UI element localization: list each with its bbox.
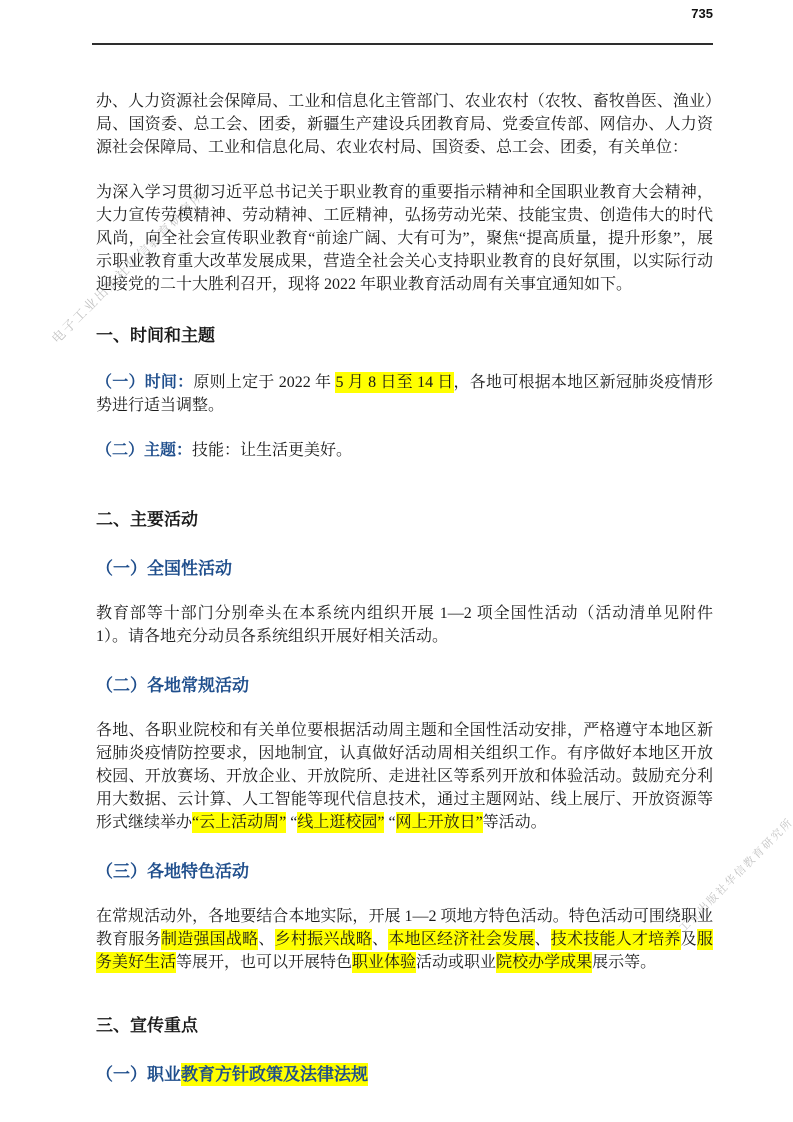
text-run: 三、宣传重点 <box>96 1016 198 1035</box>
highlighted-text: 乡村振兴战略 <box>275 929 372 950</box>
theme-paragraph: （二）主题：技能：让生活更美好。 <box>96 439 713 462</box>
highlighted-text: 5 月 8 日至 14 日 <box>335 372 453 393</box>
page-number: 735 <box>691 6 713 21</box>
subsection-2-2-heading: （二）各地常规活动 <box>96 674 713 697</box>
text-run: 一、时间和主题 <box>96 326 215 345</box>
section-1-heading: 一、时间和主题 <box>96 324 713 347</box>
text-run: 教育部等十部门分别牵头在本系统内组织开展 1—2 项全国性活动（活动清单见附件 … <box>96 605 713 645</box>
time-paragraph: （一）时间：原则上定于 2022 年 5 月 8 日至 14 日，各地可根据本地… <box>96 371 713 417</box>
highlighted-text: 院校办学成果 <box>496 952 592 973</box>
text-run: （三）各地特色活动 <box>96 862 249 881</box>
text-run: “ <box>384 814 395 831</box>
text-run: （二）各地常规活动 <box>96 676 249 695</box>
highlighted-text: 线上逛校园” <box>297 812 384 833</box>
highlighted-text: “云上活动周” <box>192 812 286 833</box>
text-run: 、 <box>372 931 388 948</box>
header-rule <box>92 43 713 45</box>
subsection-2-1-heading: （一）全国性活动 <box>96 557 713 580</box>
highlighted-text: 网上开放日” <box>396 812 483 833</box>
text-run: 、 <box>258 931 274 948</box>
subsection-3-1-heading: （一）职业教育方针政策及法律法规 <box>96 1063 713 1086</box>
highlighted-text: 职业体验 <box>352 952 416 973</box>
national-activities-paragraph: 教育部等十部门分别牵头在本系统内组织开展 1—2 项全国性活动（活动清单见附件 … <box>96 602 713 648</box>
section-3-heading: 三、宣传重点 <box>96 1014 713 1037</box>
text-run: （一）全国性活动 <box>96 559 232 578</box>
recipients-paragraph: 办、人力资源社会保障局、工业和信息化主管部门、农业农村（农牧、畜牧兽医、渔业）局… <box>96 90 713 159</box>
text-run: （一）职业 <box>96 1065 181 1084</box>
subsection-2-3-heading: （三）各地特色活动 <box>96 860 713 883</box>
text-run: “ <box>286 814 297 831</box>
inline-label: （二）主题： <box>96 442 192 459</box>
text-run: 二、主要活动 <box>96 510 198 529</box>
highlighted-text: 制造强国战略 <box>161 929 258 950</box>
highlighted-text: 教育方针政策及法律法规 <box>181 1063 368 1086</box>
text-run: 为深入学习贯彻习近平总书记关于职业教育的重要指示精神和全国职业教育大会精神，大力… <box>96 184 713 293</box>
text-run: 展示等。 <box>592 954 656 971</box>
document-body: 办、人力资源社会保障局、工业和信息化主管部门、农业农村（农牧、畜牧兽医、渔业）局… <box>96 90 713 1108</box>
special-activities-paragraph: 在常规活动外，各地要结合本地实际，开展 1—2 项地方特色活动。特色活动可围绕职… <box>96 905 713 974</box>
text-run: 办、人力资源社会保障局、工业和信息化主管部门、农业农村（农牧、畜牧兽医、渔业）局… <box>96 93 713 156</box>
text-run: 技能：让生活更美好。 <box>192 442 352 459</box>
text-run: 、 <box>535 931 551 948</box>
text-run: 及 <box>681 931 697 948</box>
highlighted-text: 技术技能人才培养 <box>551 929 681 950</box>
text-run: 原则上定于 2022 年 <box>193 374 335 391</box>
intro-paragraph: 为深入学习贯彻习近平总书记关于职业教育的重要指示精神和全国职业教育大会精神，大力… <box>96 181 713 296</box>
regular-activities-paragraph: 各地、各职业院校和有关单位要根据活动周主题和全国性活动安排，严格遵守本地区新冠肺… <box>96 719 713 834</box>
inline-label: （一）时间： <box>96 374 193 391</box>
text-run: 等活动。 <box>483 814 547 831</box>
text-run: 等展开，也可以开展特色 <box>176 954 352 971</box>
text-run: 活动或职业 <box>416 954 496 971</box>
section-2-heading: 二、主要活动 <box>96 508 713 531</box>
highlighted-text: 本地区经济社会发展 <box>388 929 534 950</box>
